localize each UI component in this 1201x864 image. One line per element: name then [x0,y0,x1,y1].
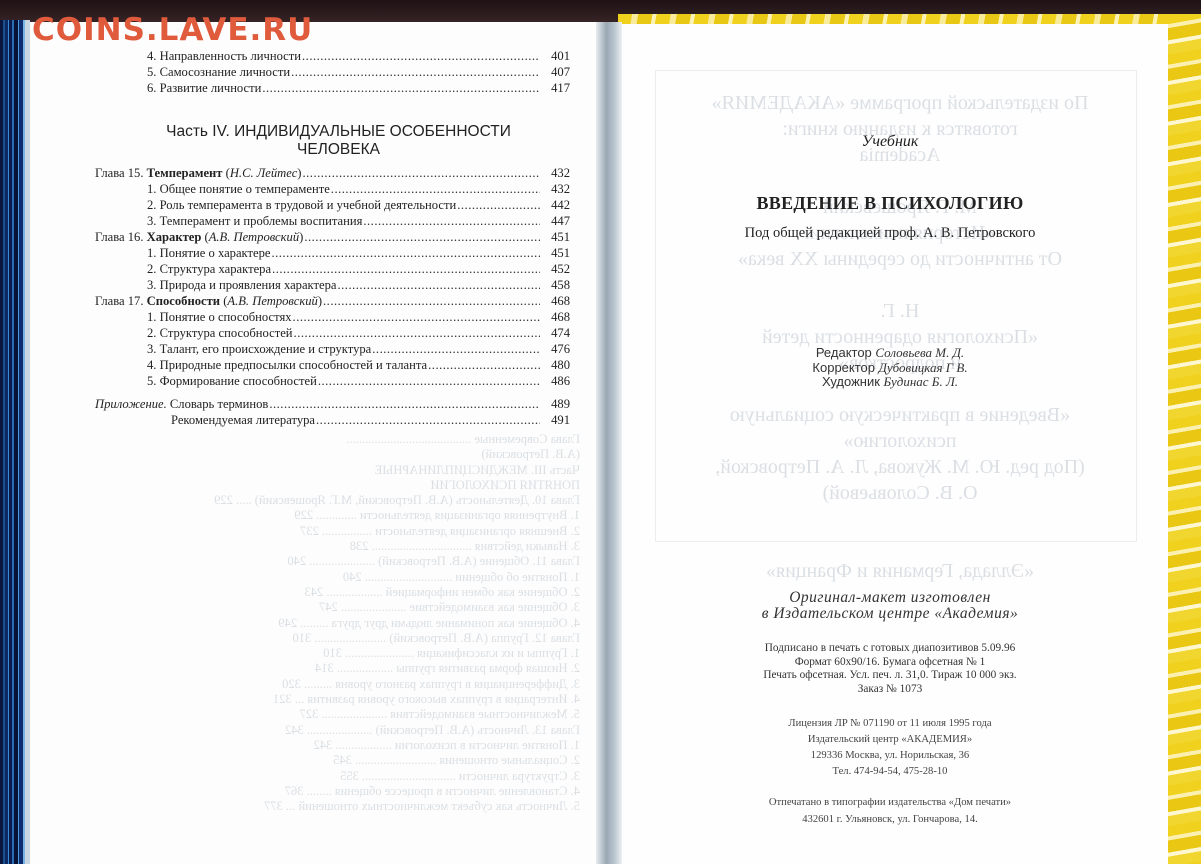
credit-artist: Художник Будинас Б. Л. [650,375,1130,390]
bleed-line: (Под ред. Ю. М. Жукова, Л. А. Петровской… [650,454,1150,480]
bleed-line: Глава 11. Общение (А.В. Петровский) ....… [110,554,580,569]
toc-chapter: Глава 17. Способности (А.В. Петровский)4… [95,293,570,309]
bleed-line: 1. Внутренняя организация деятельности .… [110,508,580,523]
toc-entry: 2. Роль темперамента в трудовой и учебно… [95,197,570,213]
bleed-line [650,506,1150,532]
book-cover-edge-left [0,20,30,864]
toc-chapter: Глава 15. Темперамент (Н.С. Лейтес)432 [95,165,570,181]
page-number: 447 [544,213,570,229]
bleed-line: ПОНЯТИЯ ПСИХОЛОГИИ [110,478,580,493]
left-page-bleed-through: Глава Современные ......................… [110,432,580,814]
book-gutter [596,22,622,864]
bleed-line: 2. Социальные отношения ................… [110,753,580,768]
book-title: ВВЕДЕНИЕ В ПСИХОЛОГИЮ [650,193,1130,214]
part-title: Часть IV. ИНДИВИДУАЛЬНЫЕ ОСОБЕННОСТИ ЧЕЛ… [95,123,570,159]
toc-entry: 5. Самосознание личности407 [95,64,570,80]
bleed-line: От античности до середины XX века» [650,246,1150,272]
bleed-line: (А.В. Петровский) [110,447,580,462]
bleed-line: 5. Личность как субъект межличностных от… [110,799,580,814]
bleed-line: 2. Низшая форма развития группы ........… [110,661,580,676]
page-number: 489 [544,396,570,412]
right-page-bleed-through: По издательской программе «АКАДЕМИЯ»гото… [650,90,1150,584]
bleed-line: 3. Общение как взаимодействие ..........… [110,600,580,615]
bleed-line: Часть III. МЕЖДИСЦИПЛИНАРНЫЕ [110,463,580,478]
bleed-line: 3. Структура личности ..................… [110,769,580,784]
bleed-line: 3. Дифференциация в группах разного уров… [110,677,580,692]
page-number: 476 [544,341,570,357]
page-number: 486 [544,373,570,389]
toc-entry: 5. Формирование способностей486 [95,373,570,389]
layout-note: Оригинал-макет изготовлен в Издательском… [650,590,1130,622]
bleed-line: Глава Современные ......................… [110,432,580,447]
bleed-line: 2. Внешняя организация деятельности ....… [110,524,580,539]
bleed-line: Глава 12. Группа (А.В. Петровский) .....… [110,631,580,646]
bleed-line: Глава 10. Деятельность (А.В. Петровский,… [110,493,580,508]
toc-entry: 1. Понятие о характере451 [95,245,570,261]
book-edge-right-yellow [1168,14,1201,864]
page-number: 451 [544,229,570,245]
book-subtitle: Под общей редакцией проф. А. В. Петровск… [650,225,1130,242]
toc-entry: 4. Природные предпосылки способностей и … [95,357,570,373]
bleed-line: По издательской программе «АКАДЕМИЯ» [650,90,1150,116]
credits: Редактор Соловьева М. Д. Корректор Дубов… [650,346,1130,390]
toc-entry: 2. Структура способностей474 [95,325,570,341]
bleed-line: 4. Становление личности в процессе общен… [110,784,580,799]
table-of-contents: 4. Направленность личности401 5. Самосоз… [95,48,570,428]
print-info: Подписано в печать с готовых диапозитиво… [650,642,1130,696]
bleed-line: 2. Общение как обмен информацией .......… [110,585,580,600]
toc-entry: Рекомендуемая литература491 [95,412,570,428]
bleed-line [650,272,1150,298]
toc-entry: 3. Талант, его происхождение и структура… [95,341,570,357]
toc-entry: 1. Общее понятие о темпераменте432 [95,181,570,197]
printing-house: Отпечатано в типографии издательства «До… [650,795,1130,828]
toc-appendix: Приложение. Словарь терминов489 [95,396,570,412]
bleed-line: О. В. Соловьевой) [650,480,1150,506]
bleed-line: 4. Интеграция в группах высокого уровня … [110,692,580,707]
toc-entry: 1. Понятие о способностях468 [95,309,570,325]
bleed-line: Глава 13. Личность (А.В. Петровский) ...… [110,723,580,738]
publisher-license: Лицензия ЛР № 071190 от 11 июля 1995 год… [650,716,1130,780]
toc-chapter: Глава 16. Характер (А.В. Петровский)451 [95,229,570,245]
credit-editor: Редактор Соловьева М. Д. [650,346,1130,361]
toc-entry: 6. Развитие личности417 [95,80,570,96]
credit-proofreader: Корректор Дубовицкая Г В. [650,361,1130,376]
page-number: 480 [544,357,570,373]
bleed-line [650,168,1150,194]
bleed-line: 1. Понятие личности в психологии .......… [110,738,580,753]
page-number: 451 [544,245,570,261]
page-number: 491 [544,412,570,428]
bleed-line: «Введение в практическую социальную [650,402,1150,428]
page-number: 458 [544,277,570,293]
bleed-line: 5. Межличностные взаимодействия ........… [110,707,580,722]
bleed-line: 1. Понятие об общении ..................… [110,570,580,585]
page-number: 468 [544,309,570,325]
page-number: 432 [544,181,570,197]
toc-entry: 3. Темперамент и проблемы воспитания447 [95,213,570,229]
page-number: 417 [544,80,570,96]
bleed-line: психологию» [650,428,1150,454]
page-number: 442 [544,197,570,213]
toc-entry: 2. Структура характера452 [95,261,570,277]
bleed-line: Н. Г. [650,298,1150,324]
bleed-line: 1. Группы и их классификация ...........… [110,646,580,661]
page-number: 407 [544,64,570,80]
bleed-line: 4. Общение как понимание людьми друг дру… [110,616,580,631]
page-number: 474 [544,325,570,341]
toc-entry: 3. Природа и проявления характера458 [95,277,570,293]
bleed-line [650,532,1150,558]
toc-entry: 4. Направленность личности401 [95,48,570,64]
bleed-line: 3. Навыки действия .....................… [110,539,580,554]
watermark: COINS.LAVE.RU [32,12,313,48]
page-number: 432 [544,165,570,181]
page-number: 468 [544,293,570,309]
book-type: Учебник [650,133,1130,151]
page-number: 401 [544,48,570,64]
page-number: 452 [544,261,570,277]
bleed-line: «Эллада, Германия и Франция» [650,558,1150,584]
